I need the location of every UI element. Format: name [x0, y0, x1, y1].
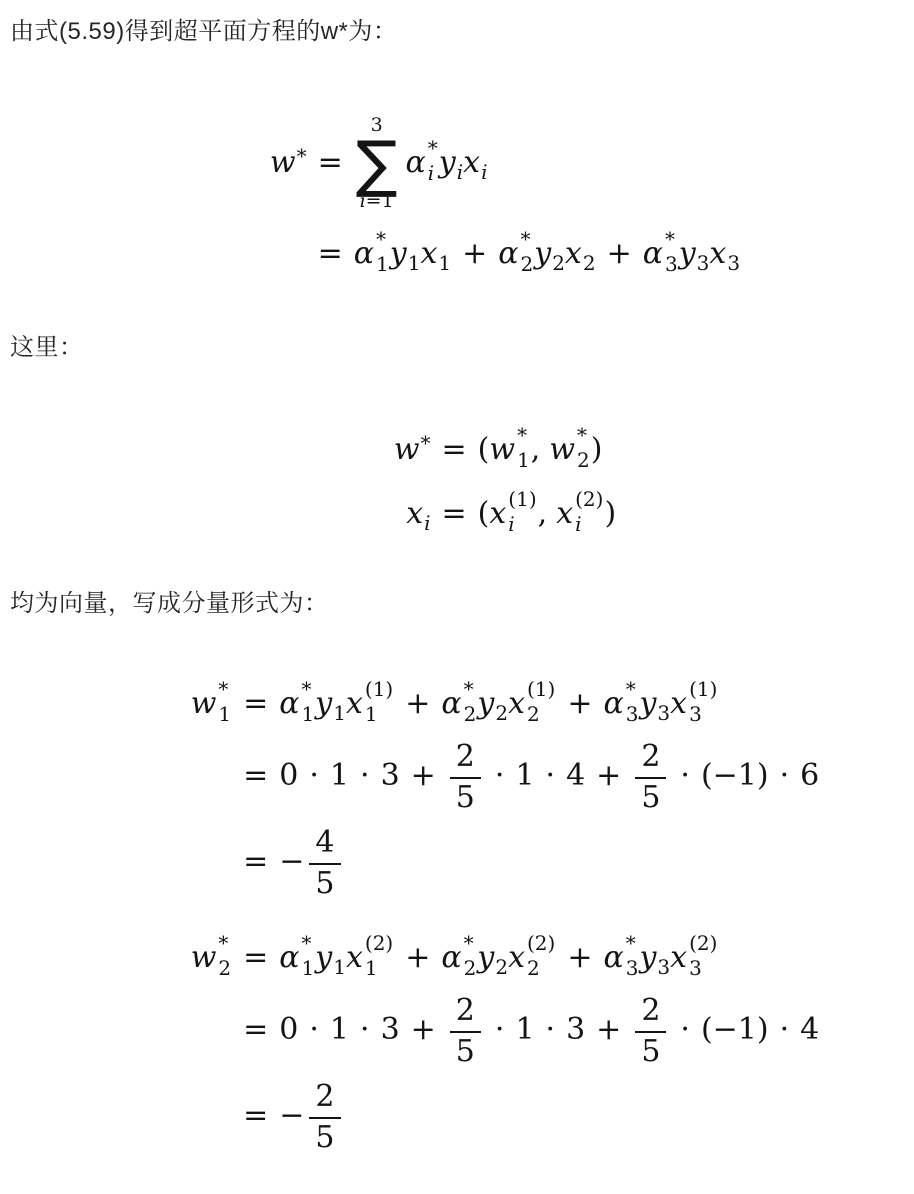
math-table: w*=(w*1,w*2)xi=(x(1)i,x(2)i) [394, 416, 616, 544]
paragraph-here: 这里： [10, 332, 914, 364]
math-table: w*2=α*1y1x(2)1+α*2y2x(2)2+α*3y3x(2)3=0·1… [191, 924, 820, 1160]
equation-w-star-sum: w*=3∑i=1α*iyixi=α*1y1x1+α*2y2x2+α*3y3x3 [0, 108, 914, 284]
document-page: 由式(5.59)得到超平面方程的w*为： w*=3∑i=1α*iyixi=α*1… [0, 0, 914, 1194]
math-table: w*=3∑i=1α*iyixi=α*1y1x1+α*2y2x2+α*3y3x3 [270, 108, 740, 284]
equation-w1-computation: w*1=α*1y1x(1)1+α*2y2x(1)2+α*3y3x(1)3=0·1… [0, 670, 914, 906]
paragraph-intro: 由式(5.59)得到超平面方程的w*为： [10, 0, 914, 48]
equation-w2-computation: w*2=α*1y1x(2)1+α*2y2x(2)2+α*3y3x(2)3=0·1… [0, 924, 914, 1160]
paragraph-component-form: 均为向量，写成分量形式为： [10, 588, 914, 620]
equation-vector-definitions: w*=(w*1,w*2)xi=(x(1)i,x(2)i) [0, 416, 914, 544]
math-table: w*1=α*1y1x(1)1+α*2y2x(1)2+α*3y3x(1)3=0·1… [191, 670, 820, 906]
